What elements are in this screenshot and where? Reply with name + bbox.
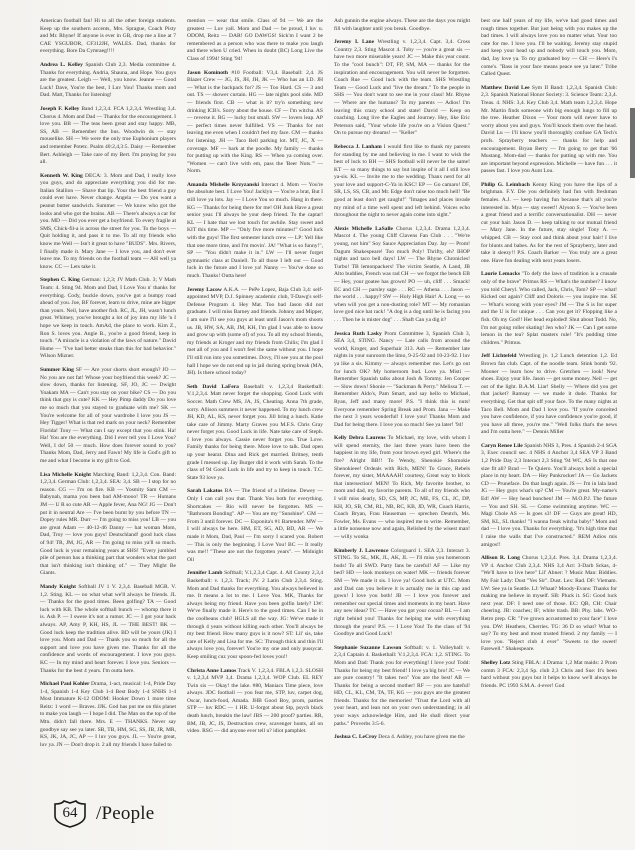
entry-text: Spanish NHS 3, Pres. 4 Spanish 2-4 SGA 3… xyxy=(481,443,617,548)
student-name: Christa Anne Lamos xyxy=(187,668,236,674)
entry-text: Baseball: v. 1,2,3,4 Basketball: V.1,2,3… xyxy=(187,384,323,481)
entry-text: I would first like to thank my parents f… xyxy=(334,144,470,218)
entry-text: Drama, 1-act, musical: 1-4, Pride Day 1-… xyxy=(40,681,176,748)
senior-entry: Rebecca J. Lanham I would first like to … xyxy=(334,144,470,220)
entry-text: Chorus 1,2,3,4. Drama 1,2,3,4. Mascot 4.… xyxy=(334,226,470,323)
entry-text: Wrestling v. 1,2,3,4. Capt. 3,4. Cross C… xyxy=(334,39,470,136)
senior-entry: Joshua C. LeCroy Deca 4. Ashley, you hav… xyxy=(334,734,470,742)
student-name: Joshua C. LeCroy xyxy=(334,734,377,740)
entry-text: American football fan! Hi to all the oth… xyxy=(40,18,176,54)
entry-text: Softball; V.1,2,3,4 Capt. 4. All County … xyxy=(187,570,323,660)
senior-entry: Matthew David Lee Sym II Band: 1,2,3,4. … xyxy=(481,85,617,176)
student-name: Rebecca J. Lanham xyxy=(334,144,382,150)
senior-entry: Jennifer Lamb Softball; V.1,2,3,4 Capt. … xyxy=(187,570,323,661)
entry-text: BA — The friend of a lifetime. Dewey — O… xyxy=(187,488,323,562)
student-name: Amanda Mishelle Krzyzanski xyxy=(187,182,259,188)
student-name: Seth David LaFera xyxy=(187,384,239,390)
student-name: Mandy Knight xyxy=(40,584,76,590)
senior-entry: Ash gunnin the engine always. These are … xyxy=(334,18,470,33)
student-name: Jeff Lichtefeld xyxy=(481,353,516,359)
senior-entry: mention — wear that smile. Class of 94 —… xyxy=(187,18,323,64)
senior-entry: Mandy Knight Softball JV 1 V. 2,3,4. Bas… xyxy=(40,584,176,675)
student-name: Stephanie Suzanne Lawson xyxy=(334,645,401,651)
entry-text: Marching Band: 1,2,3,4. Con. Band: 1,2,3… xyxy=(40,472,176,577)
student-name: Lisa Michelle Knight xyxy=(40,472,91,478)
entry-text: A.K.A. — PePe Lopez, Baja Club 3,4: self… xyxy=(187,287,323,377)
section-label: /People xyxy=(96,803,154,825)
senior-entry: Jessica Ruth Lasky Prom Committee 3, Spa… xyxy=(334,331,470,430)
student-name: Kimberly J. Lawrence xyxy=(334,548,388,554)
senior-entry: Kimberly J. Lawrence Colorguard 1. SEA 2… xyxy=(334,548,470,639)
page-folio: 64 /People xyxy=(52,800,154,828)
senior-entry: best one half years of my life, we've ha… xyxy=(481,18,617,79)
senior-entry: Allison R. Long Chorus 1,2,3,4. Pres. 3,… xyxy=(481,555,617,654)
senior-entry: Jason Kominoth #10 Football: V3,4. Baseb… xyxy=(187,70,323,176)
senior-entry: Laurie Lemacks "To defy the laws of trad… xyxy=(481,271,617,347)
student-name: Stephen C. King xyxy=(40,277,80,283)
entry-text: Deca 4. Ashley, you have given me the xyxy=(378,734,464,740)
student-name: Summer King xyxy=(40,367,74,373)
senior-entry: Joseph F. Kelley Band 1,2,3,4. FCA 1,2,3… xyxy=(40,106,176,167)
student-name: Michael Paul Kohler xyxy=(40,681,90,687)
student-name: Allison R. Long xyxy=(481,555,520,561)
senior-entry: Jeff Lichtefeld Wrestling jv. 1,2 Lunch … xyxy=(481,353,617,437)
entry-text: Kenny King you have the lips of a brighm… xyxy=(481,182,617,264)
student-name: Shelley Lotz xyxy=(481,660,510,666)
senior-entry: Caryn Renee Lile Spanish NHS 3, Pres. 4 … xyxy=(481,443,617,549)
student-name: Jeremy Lacow xyxy=(187,287,222,293)
senior-entries-columns: American football fan! Hi to all the oth… xyxy=(40,18,620,778)
student-name: Joseph F. Kelley xyxy=(40,106,79,112)
student-name: Kenneth W. King xyxy=(40,173,83,179)
student-name: Jeremy I. Lane xyxy=(334,39,374,45)
senior-entry: Kelly Debra Laurens To Michael, my love,… xyxy=(334,435,470,541)
senior-entry: Kenneth W. King DECA: 3. Mom and Dad, I … xyxy=(40,173,176,272)
entry-text: To Michael, my love, with whom I will sp… xyxy=(334,435,470,540)
student-name: Laurie Lemacks xyxy=(481,271,520,277)
student-name: Alexis Michelle LaSalle xyxy=(334,226,393,232)
entry-text: Sym II Band: 1,2,3,4. Spanish Club: 2,3.… xyxy=(481,85,617,175)
yearbook-page: American football fan! Hi to all the oth… xyxy=(0,0,635,850)
entry-text: Wrestling jv. 1,2 Lunch detention 1,2. E… xyxy=(481,353,617,435)
student-name: Jessica Ruth Lasky xyxy=(334,331,382,337)
student-name: Matthew David Lee xyxy=(481,85,530,91)
senior-entry: Summer King SF — Are your shorts short e… xyxy=(40,367,176,466)
entry-text: Colorguard 1. SEA 2,3. Interact 3. STING… xyxy=(334,548,470,638)
shield-page-number-badge: 64 xyxy=(52,800,88,828)
entry-text: Track V. 1,2,3,4. FBLA 1,2,3. SLOSH v. 1… xyxy=(187,668,323,735)
entry-text: #10 Football: V3,4. Baseball: 2,4. JS Bl… xyxy=(187,70,323,175)
entry-text: DECA: 3. Mom and Dad, I really love you … xyxy=(40,173,176,270)
senior-entry: Stephen C. King German: 1,2,3; JV Math C… xyxy=(40,277,176,361)
page-edge-tab-marker xyxy=(630,108,635,178)
student-name: Philip G. Leimbach xyxy=(481,182,530,188)
senior-entry: Christa Anne Lamos Track V. 1,2,3,4. FBL… xyxy=(187,668,323,736)
entry-text: Chorus 1,2,3,4. Pres. 3,4. Drama 1,2,3,4… xyxy=(481,555,617,652)
entry-text: "To defy the laws of tradition is a crus… xyxy=(481,271,617,345)
column-2: mention — wear that smile. Class of 94 —… xyxy=(187,18,323,778)
entry-text: SF — Are your shorts short enough? JO — … xyxy=(40,367,176,464)
entry-text: German: 1,2,3; JV Math Club. 3; V Math T… xyxy=(40,277,176,359)
student-name: Jason Kominoth xyxy=(187,70,228,76)
entry-text: Ash gunnin the engine always. These are … xyxy=(334,18,470,32)
column-3: Ash gunnin the engine always. These are … xyxy=(334,18,470,778)
student-name: Andrea L. Kelley xyxy=(40,62,83,68)
senior-entry: Seth David LaFera Baseball: v. 1,2,3,4 B… xyxy=(187,384,323,483)
senior-entry: Amanda Mishelle Krzyzanski Interact 4. M… xyxy=(187,182,323,281)
senior-entry: Sarah Lakatos BA — The friend of a lifet… xyxy=(187,488,323,564)
column-4: best one half years of my life, we've ha… xyxy=(481,18,617,778)
senior-entry: Jeremy Lacow A.K.A. — PePe Lopez, Baja C… xyxy=(187,287,323,378)
senior-entry: Stephanie Suzanne Lawson Softball: v. 1.… xyxy=(334,645,470,729)
entry-text: Prom Committee 3, Spanish Club 3, SEA 3,… xyxy=(334,331,470,428)
column-1: American football fan! Hi to all the oth… xyxy=(40,18,176,778)
senior-entry: Shelley Lotz Sting FBLA: 4 Drama: 1,2 Ma… xyxy=(481,660,617,690)
senior-entry: Jeremy I. Lane Wrestling v. 1,2,3,4. Cap… xyxy=(334,39,470,138)
student-name: Kelly Debra Laurens xyxy=(334,435,386,441)
entry-text: Interact 4. Mom — You're the absolute be… xyxy=(187,182,323,279)
entry-text: best one half years of my life, we've ha… xyxy=(481,18,617,77)
student-name: Jennifer Lamb xyxy=(187,570,222,576)
senior-entry: Lisa Michelle Knight Marching Band: 1,2,… xyxy=(40,472,176,578)
student-name: Sarah Lakatos xyxy=(187,488,222,494)
senior-entry: Philip G. Leimbach Kenny King you have t… xyxy=(481,182,617,266)
entry-text: mention — wear that smile. Class of 94 —… xyxy=(187,18,323,62)
senior-entry: American football fan! Hi to all the oth… xyxy=(40,18,176,56)
senior-entry: Michael Paul Kohler Drama, 1-act, musica… xyxy=(40,681,176,749)
entry-text: Band 1,2,3,4. FCA 1,2,3,4. Wrestling 3,4… xyxy=(40,106,176,165)
page-number: 64 xyxy=(52,805,88,822)
student-name: Caryn Renee Lile xyxy=(481,443,523,449)
entry-text: Softball: v. 1. Volleyball: v. 2,3,4 Cap… xyxy=(334,645,470,727)
senior-entry: Alexis Michelle LaSalle Chorus 1,2,3,4. … xyxy=(334,226,470,325)
entry-text: Softball JV 1 V. 2,3,4. Baseball MGR. V.… xyxy=(40,584,176,674)
senior-entry: Andrea L. Kelley Spanish Club 2,3. Media… xyxy=(40,62,176,100)
